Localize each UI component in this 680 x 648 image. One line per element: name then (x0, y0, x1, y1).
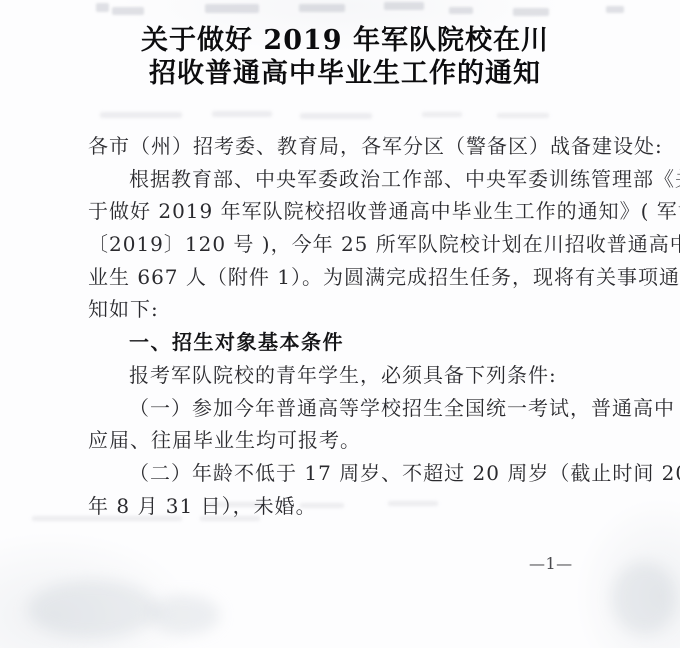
notice-body: 各市（州）招考委、教育局，各军分区（警备区）战备建设处: 根据教育部、中央军委政… (88, 130, 648, 522)
body-line: （二）年龄不低于 17 周岁、不超过 20 周岁（截止时间 2019 (88, 457, 648, 490)
body-line: 根据教育部、中央军委政治工作部、中央军委训练管理部《关 (88, 163, 648, 196)
scan-artifact (100, 112, 182, 118)
scan-artifact (28, 580, 158, 638)
document-page: 关于做好 2019 年军队院校在川 招收普通高中毕业生工作的通知 各市（州）招考… (0, 0, 680, 648)
scan-artifact (300, 113, 372, 119)
scan-artifact (112, 7, 144, 15)
scan-artifact (150, 595, 220, 635)
page-number: —1— (529, 554, 573, 573)
body-line: （一）参加今年普通高等学校招生全国统一考试，普通高中 (88, 392, 648, 425)
body-line: 年 8 月 31 日），未婚。 (88, 490, 648, 523)
scan-artifact (612, 562, 676, 634)
scan-artifact (384, 2, 424, 10)
notice-title: 关于做好 2019 年军队院校在川 招收普通高中毕业生工作的通知 (0, 24, 680, 90)
scan-artifact (422, 112, 462, 117)
body-line: 〔2019〕120 号 )，今年 25 所军队院校计划在川招收普通高中毕 (88, 228, 648, 261)
notice-title-line-2: 招收普通高中毕业生工作的通知 (10, 57, 680, 90)
scan-artifact (497, 113, 549, 118)
scan-artifact (205, 4, 259, 13)
scan-artifact (606, 6, 624, 13)
body-line: 业生 667 人（附件 1）。为圆满完成招生任务，现将有关事项通 (88, 261, 648, 294)
scan-artifact (299, 4, 345, 12)
section-heading: 一、招生对象基本条件 (88, 326, 648, 359)
scan-artifact (212, 111, 272, 117)
body-line: 应届、往届毕业生均可报考。 (88, 424, 648, 457)
scan-artifact (449, 7, 473, 14)
scan-artifact (96, 3, 109, 12)
body-line: 报考军队院校的青年学生，必须具备下列条件: (88, 359, 648, 392)
notice-title-line-1: 关于做好 2019 年军队院校在川 (10, 24, 680, 57)
body-line: 知如下: (88, 293, 648, 326)
body-line: 于做好 2019 年军队院校招收普通高中毕业生工作的通知》( 军训 (88, 195, 648, 228)
scan-artifact (513, 8, 549, 16)
salutation-line: 各市（州）招考委、教育局，各军分区（警备区）战备建设处: (88, 130, 648, 163)
